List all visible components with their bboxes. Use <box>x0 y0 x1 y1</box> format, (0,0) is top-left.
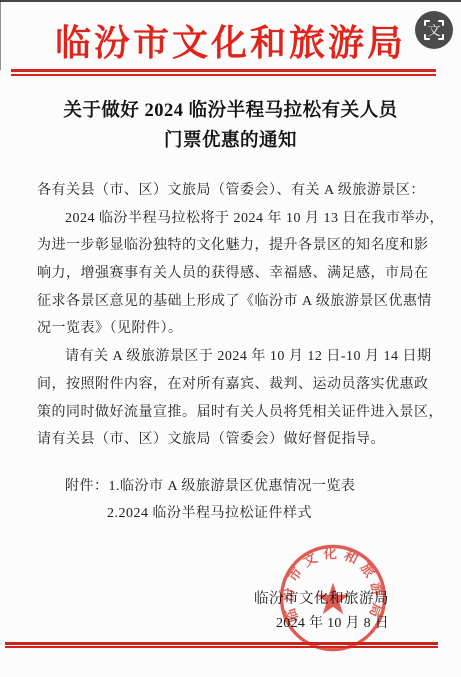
body-line: 各有关县（市、区）文旅局（管委会）、有关 A 级旅游景区： <box>37 177 427 205</box>
document-title: 关于做好 2024 临汾半程马拉松有关人员 门票优惠的通知 <box>0 96 461 156</box>
body-line: 间，按照附件内容，在对所有嘉宾、裁判、运动员落实优惠政 <box>37 371 427 399</box>
footer-divider <box>5 642 438 648</box>
document-paper: 文 临汾市文化和旅游局 关于做好 2024 临汾半程马拉松有关人员 门票优惠的通… <box>0 0 461 677</box>
body-line: 请有关 A 级旅游景区于 2024 年 10 月 12 日-10 月 14 日期 <box>37 343 427 371</box>
body-line: 响力，增强赛事有关人员的获得感、幸福感、满足感，市局在 <box>37 260 427 288</box>
star-icon <box>316 583 349 615</box>
attachments-list: 附件：1.临汾市 A 级旅游景区优惠情况一览表 2.2024 临汾半程马拉松证件… <box>65 473 355 527</box>
scan-top-edge <box>0 0 461 2</box>
body-line: 为进一步彰显临汾独特的文化魅力，提升各景区的知名度和影 <box>37 232 427 260</box>
body-line: 况一览表》（见附件）。 <box>37 315 427 343</box>
document-body: 各有关县（市、区）文旅局（管委会）、有关 A 级旅游景区： 2024 临汾半程马… <box>37 177 427 454</box>
agency-letterhead: 临汾市文化和旅游局 <box>0 15 461 66</box>
body-line: 征求各景区意见的基础上形成了《临汾市 A 级旅游景区优惠情 <box>37 288 427 316</box>
document-title-line-2: 门票优惠的通知 <box>0 126 461 156</box>
letterhead-divider <box>11 69 436 76</box>
document-title-line-1: 关于做好 2024 临汾半程马拉松有关人员 <box>0 96 461 126</box>
attachment-line-2: 2.2024 临汾半程马拉松证件样式 <box>65 500 355 527</box>
body-line: 请有关县（市、区）文旅局（管委会）做好督促指导。 <box>37 426 427 454</box>
attachment-line-1: 附件：1.临汾市 A 级旅游景区优惠情况一览表 <box>65 473 355 500</box>
official-seal: 临汾市文化和旅游局 <box>277 542 389 654</box>
body-line: 策的同时做好流量宣推。届时有关人员将凭相关证件进入景区， <box>37 399 427 427</box>
body-line: 2024 临汾半程马拉松将于 2024 年 10 月 13 日在我市举办， <box>37 205 427 233</box>
